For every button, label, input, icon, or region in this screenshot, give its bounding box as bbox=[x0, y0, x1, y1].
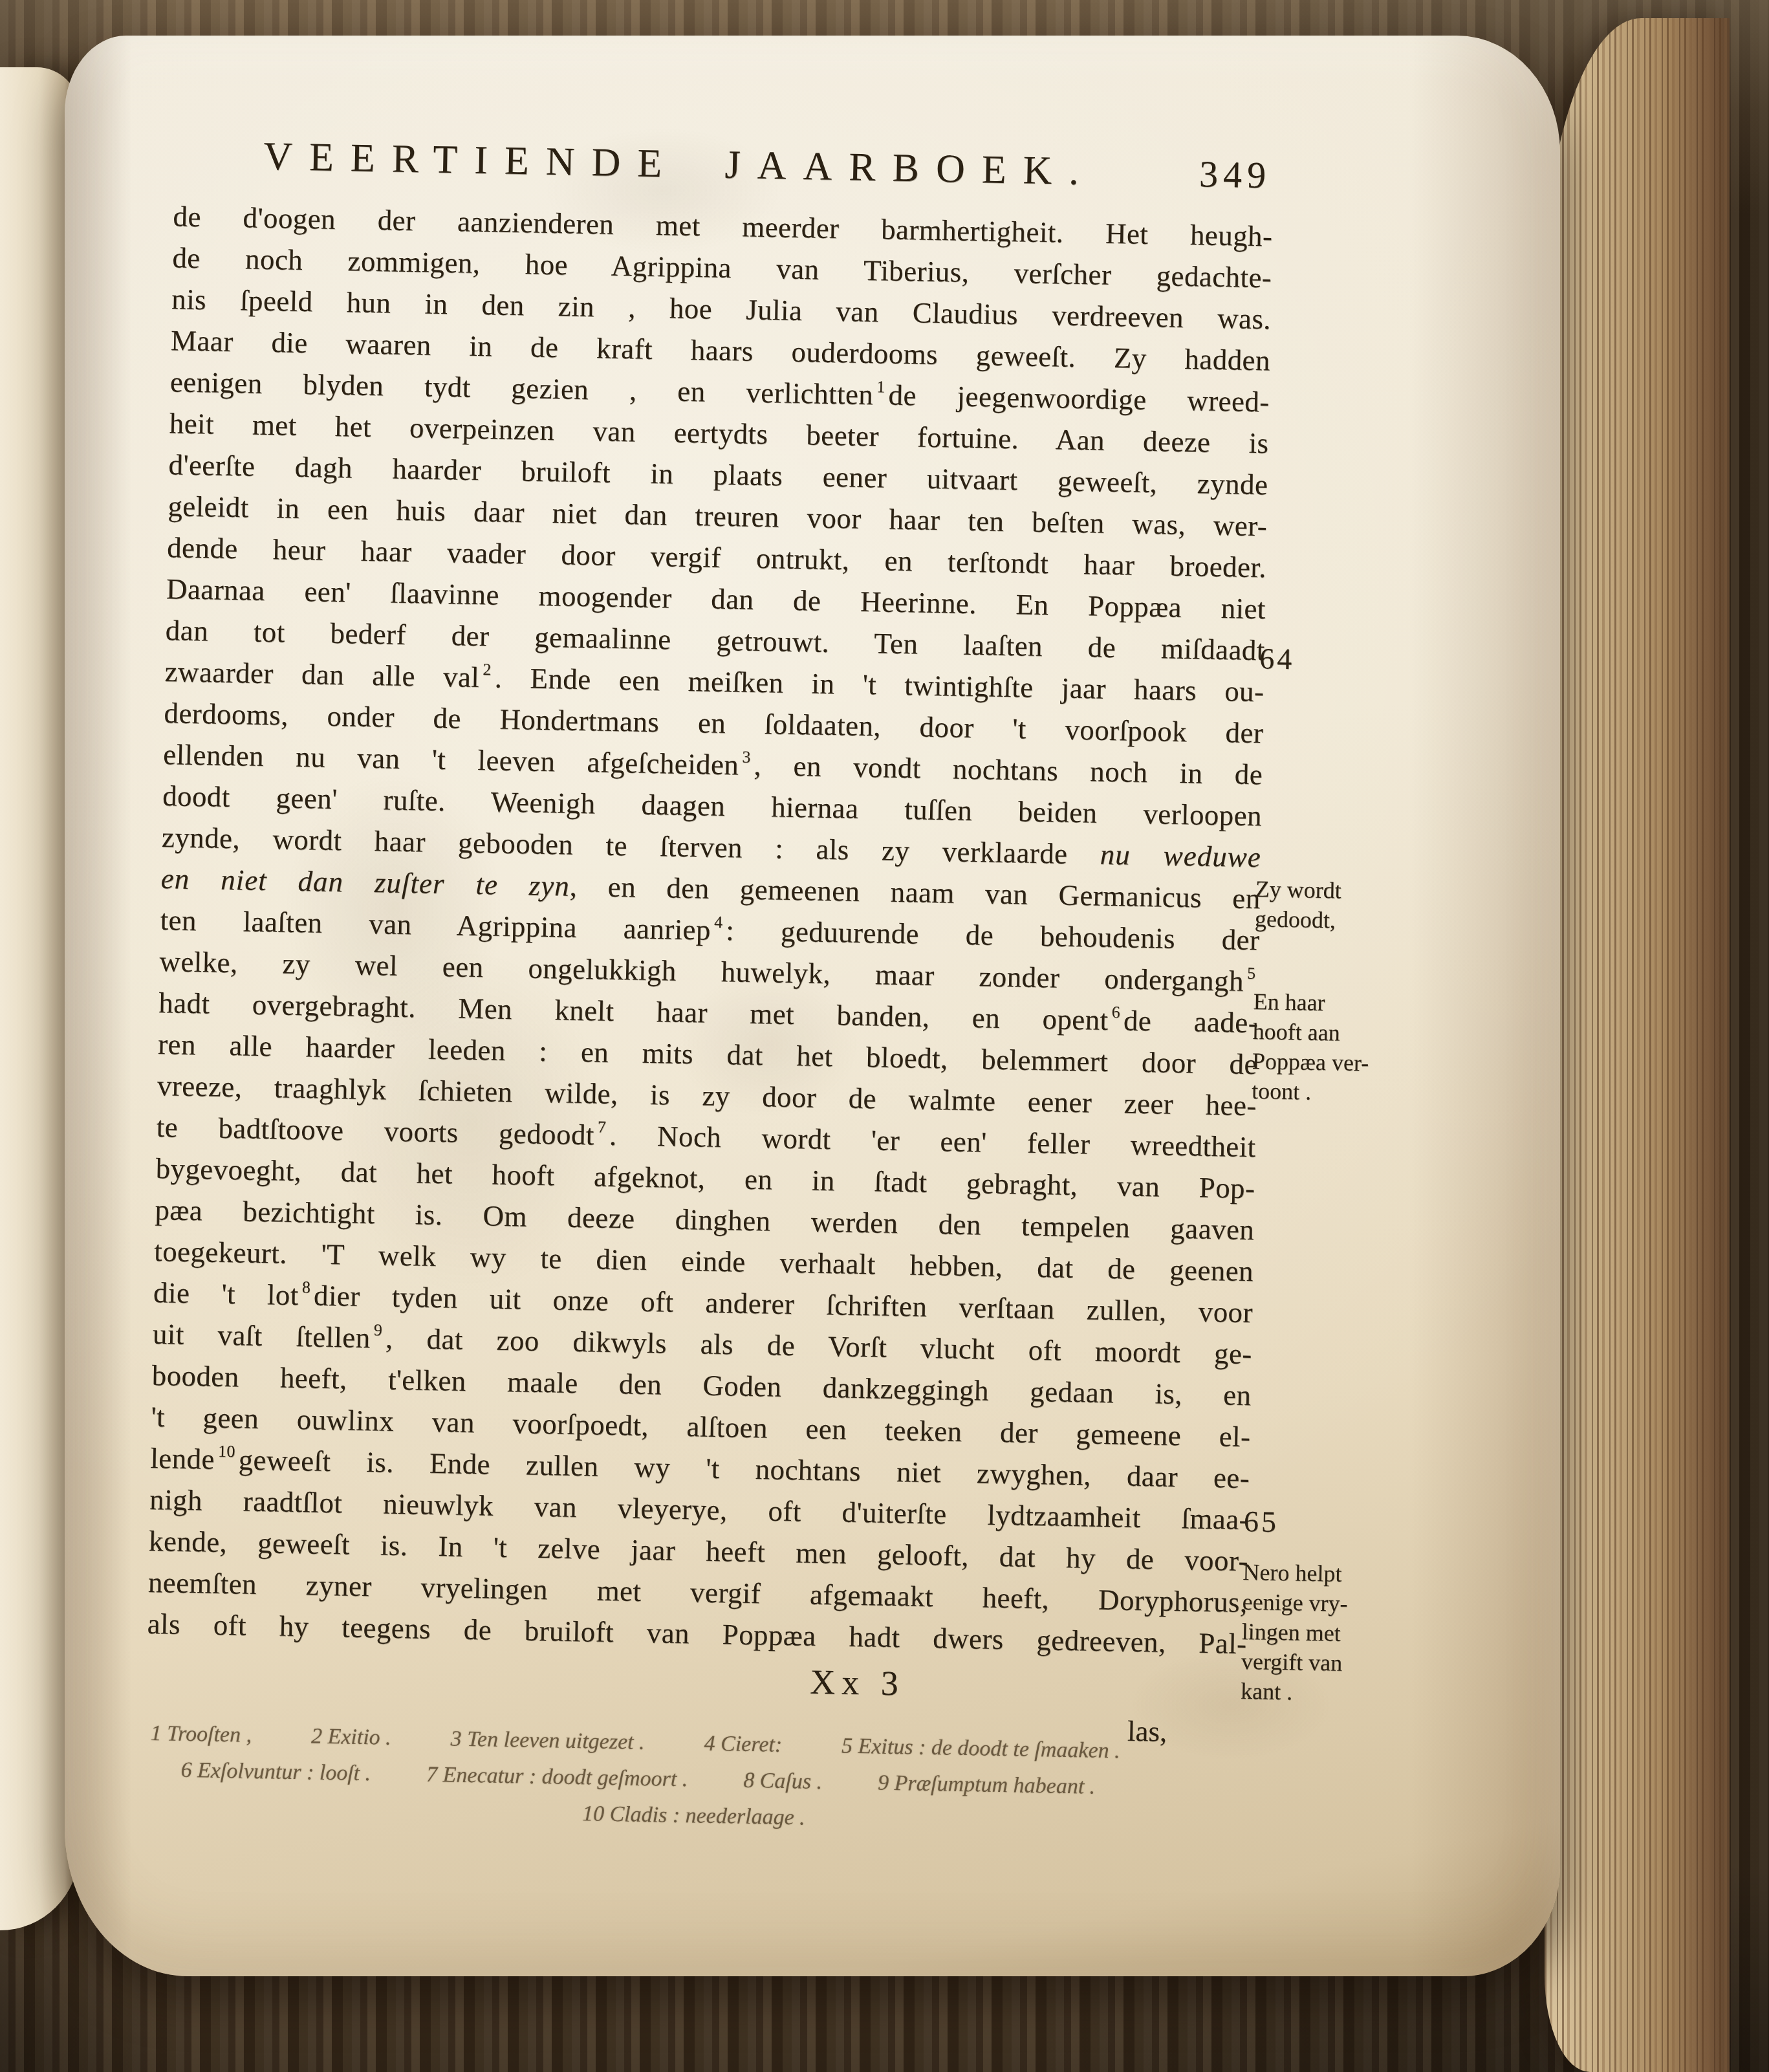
signature-mark: Xx 3 bbox=[810, 1662, 906, 1704]
footnotes: 1 Trooſten ,2 Exitio .3 Ten leeven uitge… bbox=[144, 1716, 1245, 1844]
footnote-reference: 8 bbox=[302, 1278, 311, 1296]
footnote-reference: 4 bbox=[714, 913, 723, 932]
text-segment: . Noch wordt 'er een' feller wreedtheit bbox=[609, 1119, 1256, 1163]
footnote-item: 9 Præſumptum habeant . bbox=[878, 1765, 1096, 1805]
text-segment: uit vaſt ſtellen bbox=[153, 1318, 371, 1354]
page-stack-fore-edge bbox=[1545, 18, 1730, 2072]
footnote-reference: 5 bbox=[1247, 964, 1256, 983]
text-segment: ten laaſten van Agrippina aanriep bbox=[160, 904, 711, 946]
text-segment: de jeegenwoordige wreed- bbox=[888, 379, 1270, 419]
footnote-item: 2 Exitio . bbox=[311, 1719, 392, 1756]
text-segment: , en vondt nochtans noch in de bbox=[754, 749, 1263, 791]
footnote-reference: 2 bbox=[483, 660, 492, 679]
footnote-reference: 6 bbox=[1111, 1003, 1120, 1021]
header-spacer bbox=[1096, 184, 1199, 186]
footnote-item: 7 Enecatur : doodt geſmoort . bbox=[426, 1757, 688, 1798]
margin-note-zy-wordt-gedoodt: Zy wordt gedoodt, bbox=[1255, 874, 1395, 936]
footnote-item: 1 Trooſten , bbox=[150, 1716, 252, 1754]
footnote-reference: 1 bbox=[876, 377, 885, 396]
text-segment: ellenden nu van 't leeven afgeſcheiden bbox=[163, 738, 739, 781]
footnote-item: 8 Caſus . bbox=[743, 1763, 823, 1800]
footnote-reference: 3 bbox=[742, 748, 751, 767]
footnote-item: 5 Exitus : de doodt te ſmaaken . bbox=[841, 1728, 1121, 1770]
footnote-reference: 9 bbox=[374, 1320, 383, 1339]
margin-note-hooft-aan-poppaea: En haar hooft aan Poppæa ver- toont . bbox=[1252, 987, 1393, 1108]
margin-section-number-64: 64 bbox=[1259, 644, 1399, 676]
chapter-title: VEERTIENDE JAARBOEK. bbox=[263, 134, 1096, 195]
footnote-item: 3 Ten leeven uitgezet . bbox=[450, 1721, 645, 1761]
text-segment: : geduurende de behoudenis der bbox=[726, 914, 1260, 956]
book-photograph: VEERTIENDE JAARBOEK. 349 de d'oogen der … bbox=[0, 0, 1769, 2072]
book-page: VEERTIENDE JAARBOEK. 349 de d'oogen der … bbox=[65, 36, 1560, 1976]
text-segment: die 't lot bbox=[153, 1276, 299, 1311]
text-segment: zwaarder dan alle val bbox=[164, 655, 479, 693]
footnote-reference: 7 bbox=[598, 1118, 607, 1137]
footnote-item: 4 Cieret: bbox=[704, 1726, 783, 1763]
body-text: de d'oogen der aanzienderen met meerder … bbox=[147, 195, 1273, 1664]
footnote-item: 10 Cladis : neederlaage . bbox=[582, 1796, 806, 1836]
text-segment: lende bbox=[150, 1442, 215, 1476]
text-segment: en niet dan zuſter te zyn bbox=[160, 862, 570, 902]
text-segment: te badtſtoove voorts gedoodt bbox=[156, 1111, 594, 1151]
text-segment: de aade- bbox=[1123, 1004, 1258, 1039]
footnote-reference: 10 bbox=[218, 1442, 235, 1461]
margin-section-number-65: 65 bbox=[1244, 1507, 1384, 1539]
printed-text-block: VEERTIENDE JAARBOEK. 349 de d'oogen der … bbox=[147, 132, 1274, 1664]
text-segment: nu weduwe bbox=[1100, 838, 1261, 874]
footnote-item: 6 Exſolvuntur : looſt . bbox=[180, 1752, 371, 1792]
page-number: 349 bbox=[1199, 152, 1271, 197]
margin-note-nero-vergift: Nero helpt eenige vry- lingen met vergif… bbox=[1241, 1557, 1382, 1708]
